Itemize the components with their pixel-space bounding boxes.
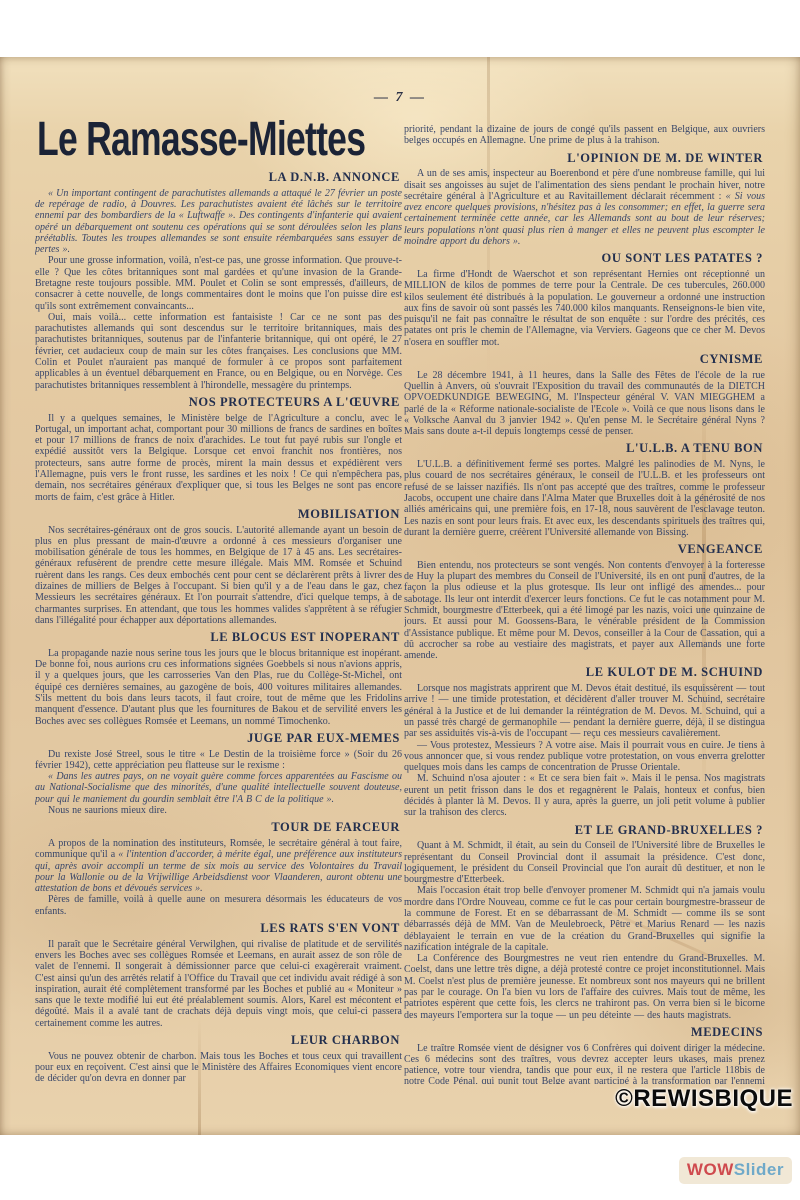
paragraph: Nous ne saurions mieux dire. — [35, 805, 402, 816]
left-column: Le Ramasse-Miettes LA D.N.B. ANNONCE« Un… — [35, 116, 402, 1094]
section-heading: LEUR CHARBON — [35, 1033, 400, 1049]
paragraph: Pères de famille, voilà à quelle aune on… — [35, 894, 402, 917]
paragraph: Pour une grosse information, voilà, n'es… — [35, 255, 402, 311]
section-heading: VENGEANCE — [404, 542, 763, 558]
section-heading: OU SONT LES PATATES ? — [404, 251, 763, 267]
section-heading: L'OPINION DE M. DE WINTER — [404, 151, 763, 167]
paragraph: Le traître Romsée vient de désigner vos … — [404, 1043, 765, 1084]
section-heading: NOS PROTECTEURS A L'ŒUVRE — [35, 395, 400, 411]
paragraph: A propos de la nomination des instituteu… — [35, 838, 402, 894]
newspaper-title: Le Ramasse-Miettes — [37, 116, 307, 164]
section-heading: CYNISME — [404, 352, 763, 368]
wowslider-badge-slider: Slider — [734, 1160, 784, 1179]
section-heading: ET LE GRAND-BRUXELLES ? — [404, 823, 763, 839]
scanned-page-photo: — 7 — Le Ramasse-Miettes LA D.N.B. ANNON… — [0, 0, 800, 1200]
paragraph: Il y a quelques semaines, le Ministère b… — [35, 413, 402, 503]
wowslider-badge[interactable]: WOWSlider — [679, 1157, 792, 1184]
section-heading: L'U.L.B. A TENU BON — [404, 441, 763, 457]
paragraph: Vous ne pouvez obtenir de charbon. Mais … — [35, 1051, 402, 1085]
paragraph: Lorsque nos magistrats apprirent que M. … — [404, 683, 765, 739]
page-number: — 7 — — [0, 90, 800, 106]
paragraph: L'U.L.B. a définitivement fermé ses port… — [404, 459, 765, 538]
section-heading: MEDECINS — [404, 1025, 763, 1041]
paragraph: M. Schuind n'osa ajouter : « Et ce sera … — [404, 773, 765, 818]
paragraph: Mais l'occasion était trop belle d'envoy… — [404, 885, 765, 953]
section-heading: JUGE PAR EUX-MEMES — [35, 731, 400, 747]
paragraph: La firme d'Hondt de Waerschot et son rep… — [404, 269, 765, 348]
paragraph: Nos secrétaires-généraux ont de gros sou… — [35, 525, 402, 627]
section-heading: LE BLOCUS EST INOPERANT — [35, 630, 400, 646]
paragraph: Du rexiste José Streel, sous le titre « … — [35, 749, 402, 772]
paragraph: Bien entendu, nos protecteurs se sont ve… — [404, 560, 765, 662]
right-column: priorité, pendant la dizaine de jours de… — [404, 124, 765, 1084]
paragraph: priorité, pendant la dizaine de jours de… — [404, 124, 765, 147]
section-heading: LA D.N.B. ANNONCE — [35, 170, 400, 186]
paragraph: Il paraît que le Secrétaire général Verw… — [35, 939, 402, 1029]
section-heading: LES RATS S'EN VONT — [35, 921, 400, 937]
paragraph: « Dans les autres pays, on ne voyait guè… — [35, 771, 402, 805]
section-heading: LE KULOT DE M. SCHUIND — [404, 665, 763, 681]
section-heading: TOUR DE FARCEUR — [35, 820, 400, 836]
paragraph: La propagande nazie nous serine tous les… — [35, 648, 402, 727]
paragraph: Le 28 décembre 1941, à 11 heures, dans l… — [404, 370, 765, 438]
paragraph: Quant à M. Schmidt, il était, au sein du… — [404, 840, 765, 885]
paragraph: A un de ses amis, inspecteur au Boerenbo… — [404, 168, 765, 247]
paragraph: « Un important contingent de parachutist… — [35, 188, 402, 256]
wowslider-badge-wow: WOW — [687, 1160, 734, 1179]
paragraph: La Conférence des Bourgmestres ne veut r… — [404, 953, 765, 1021]
paragraph: Oui, mais voilà... cette information est… — [35, 312, 402, 391]
section-heading: MOBILISATION — [35, 507, 400, 523]
copyright-watermark: ©REWISBIQUE — [615, 1085, 793, 1113]
paragraph: — Vous protestez, Messieurs ? A votre ai… — [404, 740, 765, 774]
